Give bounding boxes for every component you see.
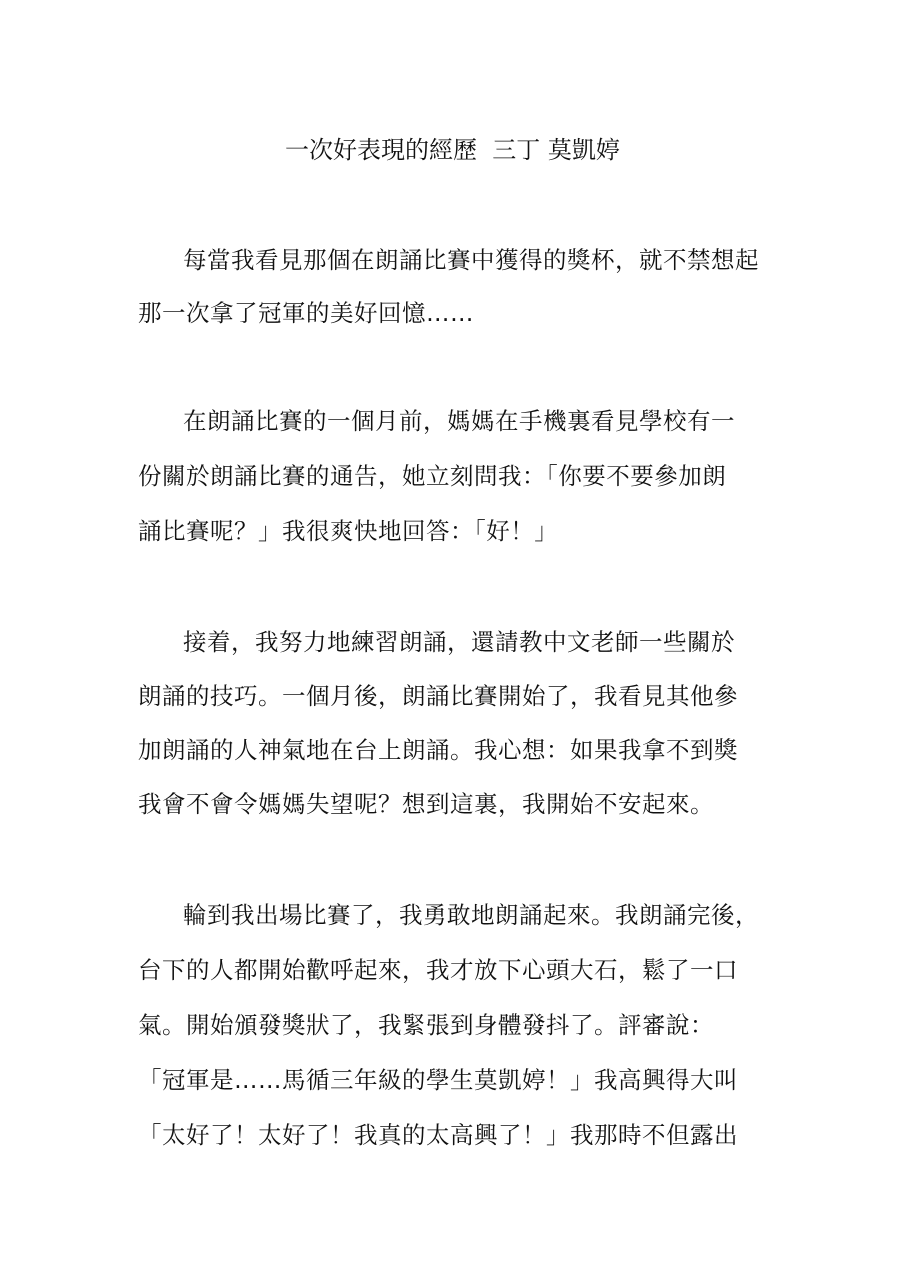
paragraph-line: 每當我看見那個在朗誦比賽中獲得的獎杯，就不禁想起 bbox=[183, 242, 759, 278]
paragraph-line: 那一次拿了冠軍的美好回憶…… bbox=[138, 295, 474, 331]
paragraph-line: 「冠軍是……馬循三年級的學生莫凱婷！」我高興得大叫 bbox=[138, 1062, 738, 1098]
paragraph-line: 朗誦的技巧。一個月後，朗誦比賽開始了，我看見其他參 bbox=[138, 678, 738, 714]
paragraph-line: 接着，我努力地練習朗誦，還請教中文老師一些關於 bbox=[183, 624, 735, 660]
paragraph-line: 誦比賽呢？」我很爽快地回答：「好！」 bbox=[138, 513, 558, 549]
paragraph-line: 氣。開始頒發獎狀了，我緊張到身體發抖了。評審說： bbox=[138, 1007, 714, 1043]
document-page: 一次好表現的經歷 三丁 莫凱婷 每當我看見那個在朗誦比賽中獲得的獎杯，就不禁想起… bbox=[0, 0, 905, 1280]
paragraph-line: 輪到我出場比賽了，我勇敢地朗誦起來。我朗誦完後， bbox=[183, 897, 759, 933]
paragraph-line: 「太好了！太好了！我真的太高興了！」我那時不但露出 bbox=[138, 1117, 738, 1153]
paragraph-line: 我會不會令媽媽失望呢？想到這裏，我開始不安起來。 bbox=[138, 786, 714, 822]
paragraph-line: 加朗誦的人神氣地在台上朗誦。我心想：如果我拿不到獎 bbox=[138, 732, 738, 768]
document-title: 一次好表現的經歷 三丁 莫凱婷 bbox=[0, 130, 905, 170]
paragraph-line: 份關於朗誦比賽的通告，她立刻問我：「你要不要參加朗 bbox=[138, 458, 726, 494]
paragraph-line: 在朗誦比賽的一個月前，媽媽在手機裏看見學校有一 bbox=[183, 403, 735, 439]
paragraph-line: 台下的人都開始歡呼起來，我才放下心頭大石，鬆了一口 bbox=[138, 952, 738, 988]
